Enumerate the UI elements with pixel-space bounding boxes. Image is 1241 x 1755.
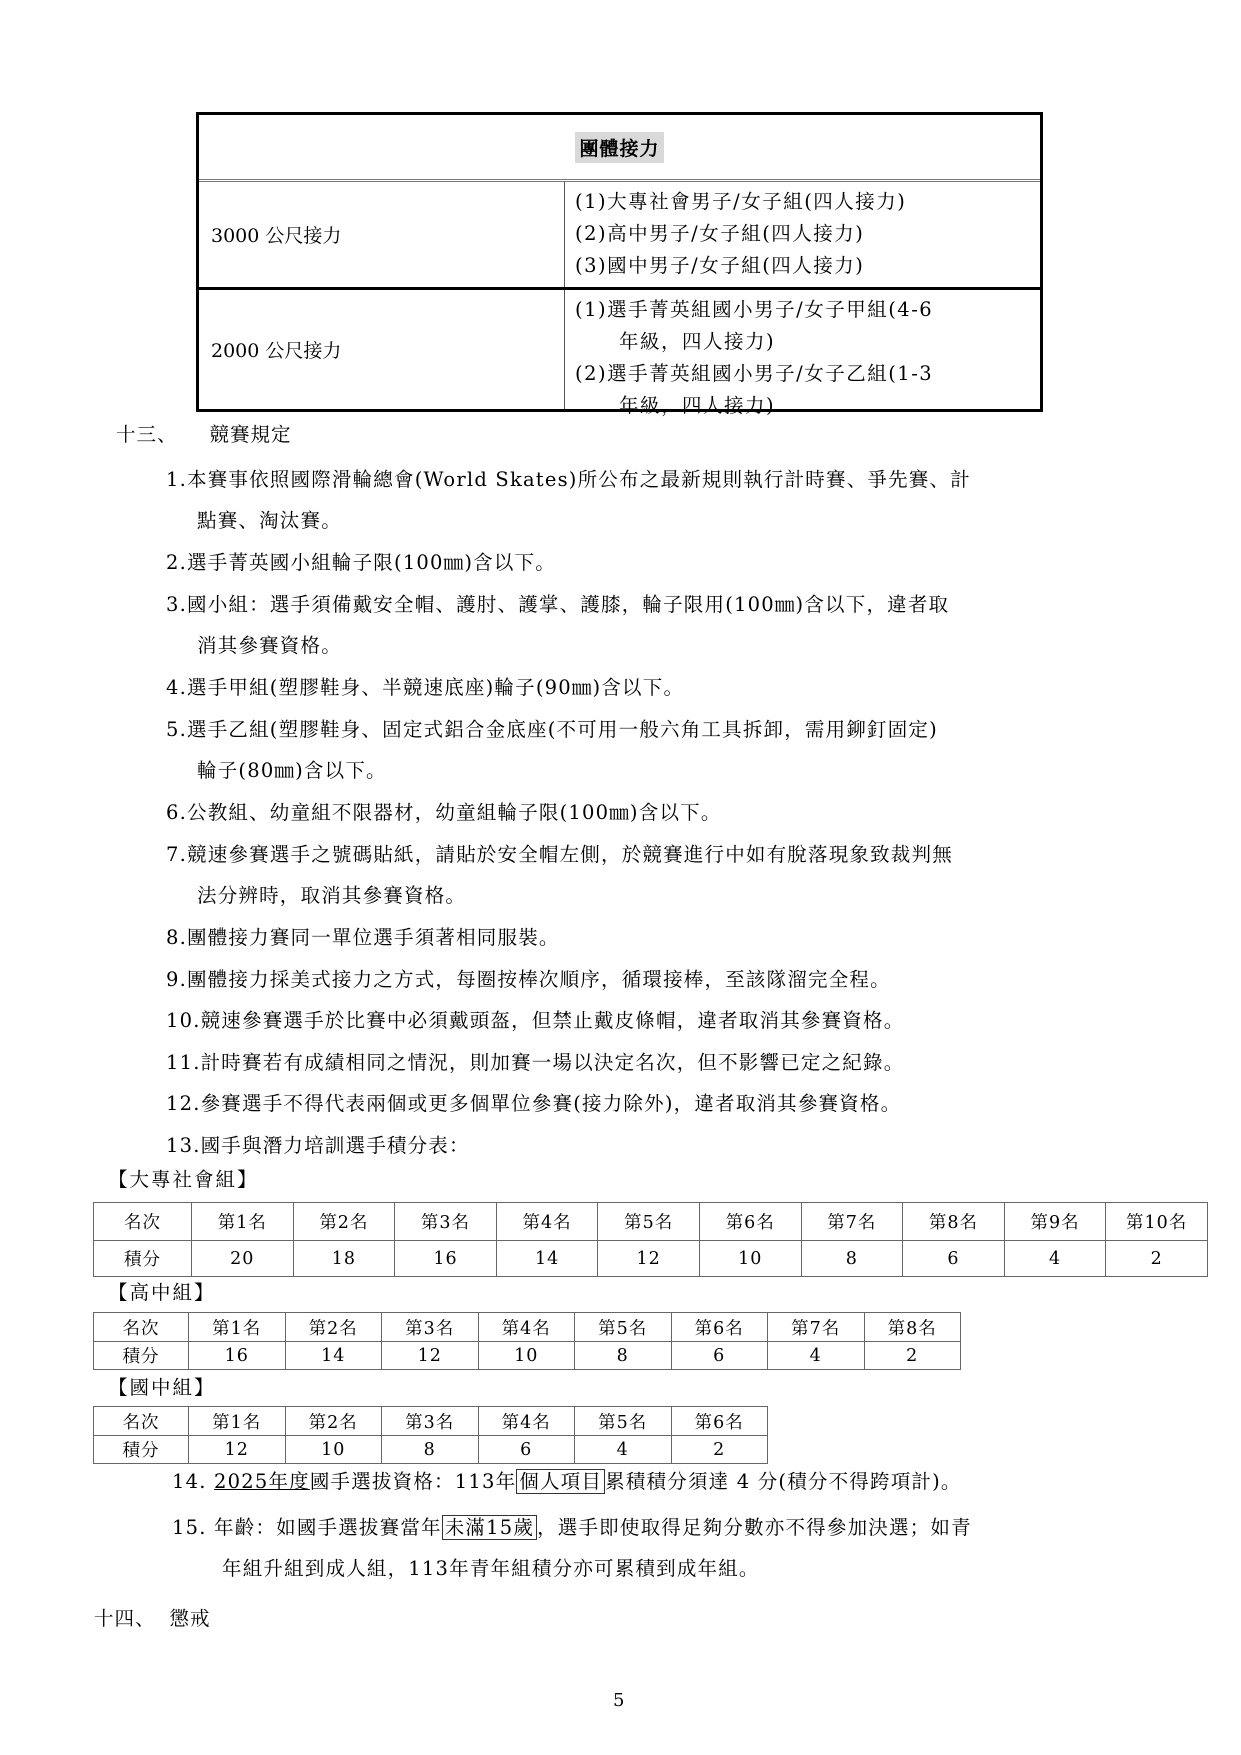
- boxed-text: 未滿15歲: [442, 1515, 537, 1540]
- item-number: 15.: [172, 1516, 207, 1539]
- section-title: 懲戒: [170, 1607, 211, 1630]
- value-cell: 16: [189, 1342, 286, 1370]
- header-cell: 名次: [94, 1313, 189, 1342]
- row-label-cell: 積分: [94, 1241, 192, 1277]
- rule-item-8: 8.團體接力賽同一單位選手須著相同服裝。: [166, 922, 560, 950]
- rule-item-5-cont: 輪子(80㎜)含以下。: [197, 755, 387, 783]
- rule-item-13: 13.國手與潛力培訓選手積分表：: [166, 1130, 470, 1158]
- relay-groups: (1)選手菁英組國小男子/女子甲組(4-6 年級，四人接力) (2)選手菁英組國…: [565, 290, 1040, 409]
- relay-table: 團體接力 3000 公尺接力 (1)大專社會男子/女子組(四人接力) (2)高中…: [196, 112, 1043, 412]
- value-cell: 10: [285, 1436, 382, 1464]
- rule-item-14: 14. 2025年度國手選拔資格：113年個人項目累積積分須達 4 分(積分不得…: [172, 1466, 962, 1494]
- rule-item-7: 7.競速參賽選手之號碼貼紙，請貼於安全帽左側，於競賽進行中如有脫落現象致裁判無: [166, 839, 953, 867]
- value-cell: 18: [293, 1241, 395, 1277]
- value-cell: 12: [598, 1241, 700, 1277]
- relay-distance: 2000 公尺接力: [199, 290, 565, 409]
- header-cell: 第4名: [496, 1203, 598, 1241]
- header-cell: 第6名: [699, 1203, 801, 1241]
- section-title: 競賽規定: [210, 423, 292, 446]
- header-cell: 第2名: [285, 1407, 382, 1436]
- header-cell: 第8名: [864, 1313, 961, 1342]
- header-cell: 第6名: [671, 1407, 768, 1436]
- value-cell: 4: [1004, 1241, 1106, 1277]
- relay-group-line: 年級，四人接力): [575, 326, 1040, 358]
- points-table-juniorhigh: 名次 第1名 第2名 第3名 第4名 第5名 第6名 積分 12 10 8 6 …: [93, 1406, 768, 1464]
- header-cell: 第3名: [395, 1203, 497, 1241]
- relay-group-line: (1)大專社會男子/女子組(四人接力): [575, 186, 1040, 218]
- points-table-label-university: 【大專社會組】: [108, 1164, 259, 1192]
- value-cell: 6: [478, 1436, 575, 1464]
- item-number: 14.: [172, 1470, 207, 1493]
- item-text: 累積積分須達 4 分(積分不得跨項計)。: [605, 1470, 962, 1493]
- relay-group-line: (2)選手菁英組國小男子/女子乙組(1-3: [575, 358, 1040, 390]
- section-number: 十四、: [94, 1607, 156, 1630]
- row-label-cell: 積分: [94, 1436, 189, 1464]
- points-value-row: 積分 12 10 8 6 4 2: [94, 1436, 768, 1464]
- rule-item-1: 1.本賽事依照國際滑輪總會(World Skates)所公布之最新規則執行計時賽…: [166, 464, 971, 492]
- item-text: 國手選拔資格：113年: [310, 1470, 516, 1493]
- value-cell: 20: [192, 1241, 294, 1277]
- relay-distance: 3000 公尺接力: [199, 182, 565, 287]
- header-cell: 第4名: [478, 1407, 575, 1436]
- rule-item-12: 12.參賽選手不得代表兩個或更多個單位參賽(接力除外)，違者取消其參賽資格。: [166, 1088, 901, 1116]
- points-table-label-juniorhigh: 【國中組】: [108, 1372, 216, 1400]
- underlined-year: 2025年度: [214, 1470, 310, 1493]
- value-cell: 2: [671, 1436, 768, 1464]
- header-cell: 第9名: [1004, 1203, 1106, 1241]
- value-cell: 16: [395, 1241, 497, 1277]
- value-cell: 12: [382, 1342, 479, 1370]
- header-cell: 第7名: [801, 1203, 903, 1241]
- points-value-row: 積分 20 18 16 14 12 10 8 6 4 2: [94, 1241, 1208, 1277]
- section-14-heading: 十四、懲戒: [94, 1603, 211, 1631]
- value-cell: 4: [575, 1436, 672, 1464]
- page-number: 5: [613, 1690, 624, 1711]
- value-cell: 6: [903, 1241, 1005, 1277]
- rule-item-11: 11.計時賽若有成績相同之情況，則加賽一場以決定名次，但不影響已定之紀錄。: [166, 1047, 904, 1075]
- rule-item-5: 5.選手乙組(塑膠鞋身、固定式鋁合金底座(不可用一般六角工具拆卸，需用鉚釘固定): [166, 714, 938, 742]
- value-cell: 4: [768, 1342, 865, 1370]
- points-header-row: 名次 第1名 第2名 第3名 第4名 第5名 第6名 第7名 第8名: [94, 1313, 961, 1342]
- header-cell: 第8名: [903, 1203, 1005, 1241]
- section-number: 十三、: [116, 423, 178, 446]
- header-cell: 第3名: [382, 1407, 479, 1436]
- relay-table-title: 團體接力: [575, 132, 663, 163]
- value-cell: 10: [699, 1241, 801, 1277]
- header-cell: 第6名: [671, 1313, 768, 1342]
- value-cell: 8: [801, 1241, 903, 1277]
- relay-group-line: (3)國中男子/女子組(四人接力): [575, 250, 1040, 282]
- value-cell: 14: [496, 1241, 598, 1277]
- points-table-university: 名次 第1名 第2名 第3名 第4名 第5名 第6名 第7名 第8名 第9名 第…: [93, 1202, 1208, 1277]
- value-cell: 2: [1106, 1241, 1208, 1277]
- header-cell: 第1名: [189, 1313, 286, 1342]
- points-header-row: 名次 第1名 第2名 第3名 第4名 第5名 第6名: [94, 1407, 768, 1436]
- rule-item-6: 6.公教組、幼童組不限器材，幼童組輪子限(100㎜)含以下。: [166, 797, 722, 825]
- relay-group-line: 年級，四人接力): [575, 390, 1040, 422]
- rule-item-15: 15. 年齡：如國手選拔賽當年未滿15歲，選手即使取得足夠分數亦不得參加決選；如…: [172, 1512, 972, 1540]
- header-cell: 第3名: [382, 1313, 479, 1342]
- relay-group-line: (1)選手菁英組國小男子/女子甲組(4-6: [575, 294, 1040, 326]
- relay-groups: (1)大專社會男子/女子組(四人接力) (2)高中男子/女子組(四人接力) (3…: [565, 182, 1040, 287]
- rule-item-10: 10.競速參賽選手於比賽中必須戴頭盔，但禁止戴皮條帽，違者取消其參賽資格。: [166, 1005, 904, 1033]
- value-cell: 12: [189, 1436, 286, 1464]
- header-cell: 第2名: [293, 1203, 395, 1241]
- value-cell: 8: [382, 1436, 479, 1464]
- value-cell: 10: [478, 1342, 575, 1370]
- relay-row-3000: 3000 公尺接力 (1)大專社會男子/女子組(四人接力) (2)高中男子/女子…: [199, 182, 1040, 290]
- header-cell: 第7名: [768, 1313, 865, 1342]
- points-table-label-highschool: 【高中組】: [108, 1277, 216, 1305]
- rule-item-9: 9.團體接力採美式接力之方式，每圈按棒次順序，循環接棒，至該隊溜完全程。: [166, 964, 891, 992]
- header-cell: 第5名: [575, 1313, 672, 1342]
- rule-item-2: 2.選手菁英國小組輪子限(100㎜)含以下。: [166, 547, 556, 575]
- item-text: ，選手即使取得足夠分數亦不得參加決選；如青: [537, 1516, 972, 1539]
- header-cell: 第10名: [1106, 1203, 1208, 1241]
- relay-table-header: 團體接力: [199, 115, 1040, 182]
- value-cell: 6: [671, 1342, 768, 1370]
- header-cell: 第1名: [192, 1203, 294, 1241]
- header-cell: 第5名: [575, 1407, 672, 1436]
- item-text: 年齡：如國手選拔賽當年: [214, 1516, 442, 1539]
- points-header-row: 名次 第1名 第2名 第3名 第4名 第5名 第6名 第7名 第8名 第9名 第…: [94, 1203, 1208, 1241]
- header-cell: 第1名: [189, 1407, 286, 1436]
- value-cell: 2: [864, 1342, 961, 1370]
- rule-item-7-cont: 法分辨時，取消其參賽資格。: [197, 880, 466, 908]
- header-cell: 第5名: [598, 1203, 700, 1241]
- rule-item-3-cont: 消其參賽資格。: [197, 630, 342, 658]
- header-cell: 名次: [94, 1407, 189, 1436]
- relay-row-2000: 2000 公尺接力 (1)選手菁英組國小男子/女子甲組(4-6 年級，四人接力)…: [199, 290, 1040, 409]
- row-label-cell: 積分: [94, 1342, 189, 1370]
- boxed-text: 個人項目: [516, 1469, 605, 1494]
- header-cell: 名次: [94, 1203, 192, 1241]
- points-value-row: 積分 16 14 12 10 8 6 4 2: [94, 1342, 961, 1370]
- points-table-highschool: 名次 第1名 第2名 第3名 第4名 第5名 第6名 第7名 第8名 積分 16…: [93, 1312, 961, 1370]
- rule-item-15-cont: 年組升組到成人組，113年青年組積分亦可累積到成年組。: [222, 1553, 760, 1581]
- rule-item-4: 4.選手甲組(塑膠鞋身、半競速底座)輪子(90㎜)含以下。: [166, 672, 684, 700]
- header-cell: 第4名: [478, 1313, 575, 1342]
- value-cell: 8: [575, 1342, 672, 1370]
- value-cell: 14: [285, 1342, 382, 1370]
- header-cell: 第2名: [285, 1313, 382, 1342]
- rule-item-3: 3.國小組：選手須備戴安全帽、護肘、護掌、護膝，輪子限用(100㎜)含以下，違者…: [166, 589, 949, 617]
- rule-item-1-cont: 點賽、淘汰賽。: [197, 505, 342, 533]
- section-13-heading: 十三、競賽規定: [116, 419, 292, 447]
- relay-group-line: (2)高中男子/女子組(四人接力): [575, 218, 1040, 250]
